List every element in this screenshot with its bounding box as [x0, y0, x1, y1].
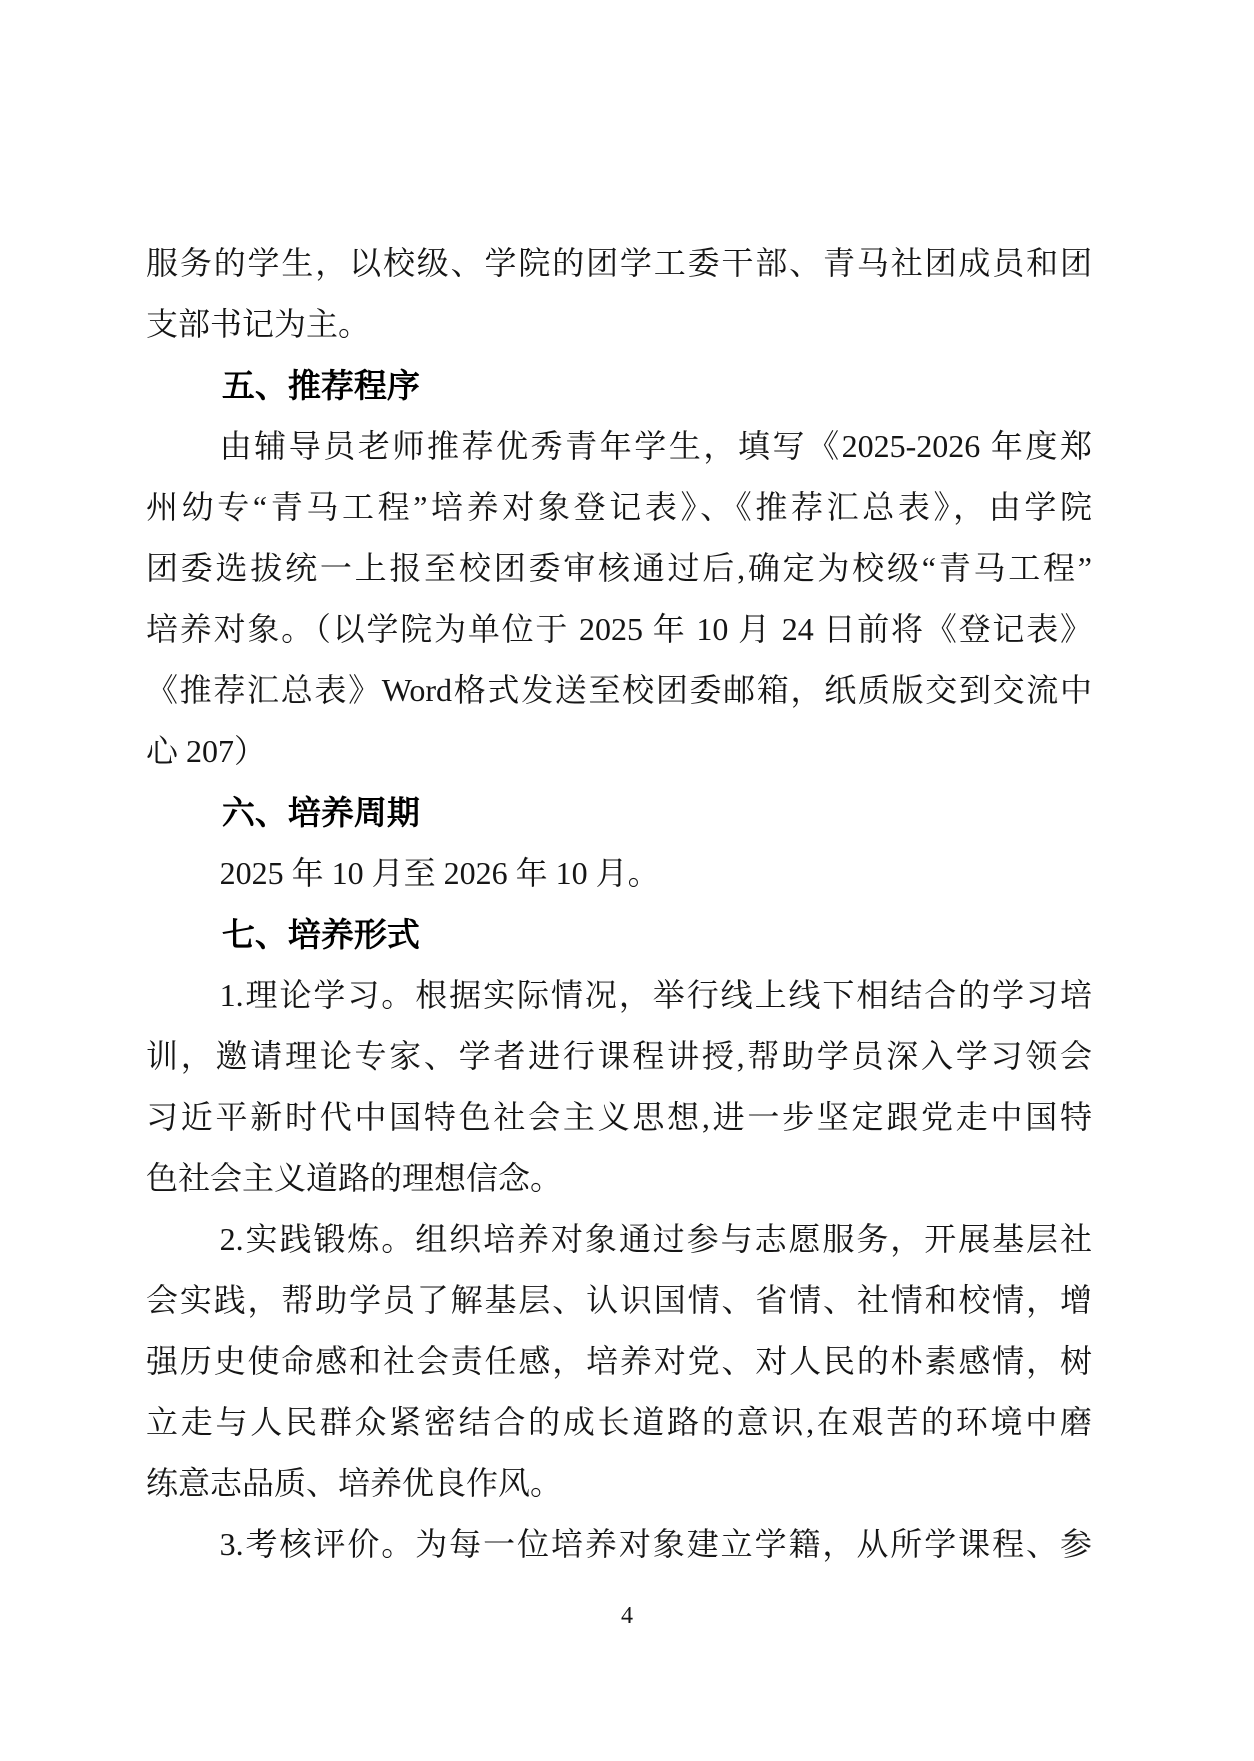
text-line: 会实践，帮助学员了解基层、认识国情、省情、社情和校情，增: [146, 1270, 1092, 1331]
section-heading: 七、培养形式: [146, 904, 1092, 965]
text-line: 2.实践锻炼。组织培养对象通过参与志愿服务，开展基层社: [146, 1209, 1092, 1270]
text-line: 立走与人民群众紧密结合的成长道路的意识,在艰苦的环境中磨: [146, 1392, 1092, 1453]
text-line: 培养对象。（以学院为单位于 2025 年 10 月 24 日前将《登记表》: [146, 599, 1092, 660]
text-line: 3.考核评价。为每一位培养对象建立学籍，从所学课程、参: [146, 1514, 1092, 1575]
text-line: 由辅导员老师推荐优秀青年学生，填写《2025-2026 年度郑: [146, 416, 1092, 477]
text-line: 习近平新时代中国特色社会主义思想,进一步坚定跟党走中国特: [146, 1087, 1092, 1148]
text-line: 强历史使命感和社会责任感，培养对党、对人民的朴素感情，树: [146, 1331, 1092, 1392]
text-line: 团委选拔统一上报至校团委审核通过后,确定为校级“青马工程”: [146, 538, 1092, 599]
text-line: 2025 年 10 月至 2026 年 10 月。: [146, 843, 1092, 904]
text-line: 心 207）: [146, 721, 1092, 782]
text-line: 《推荐汇总表》Word格式发送至校团委邮箱，纸质版交到交流中: [146, 660, 1092, 721]
section-heading: 五、推荐程序: [146, 355, 1092, 416]
document-page: 服务的学生，以校级、学院的团学工委干部、青马社团成员和团支部书记为主。五、推荐程…: [0, 0, 1254, 1761]
text-line: 色社会主义道路的理想信念。: [146, 1148, 1092, 1209]
page-number: 4: [0, 1602, 1254, 1630]
text-line: 1.理论学习。根据实际情况，举行线上线下相结合的学习培: [146, 965, 1092, 1026]
document-body: 服务的学生，以校级、学院的团学工委干部、青马社团成员和团支部书记为主。五、推荐程…: [146, 233, 1092, 1575]
section-heading: 六、培养周期: [146, 782, 1092, 843]
text-line: 服务的学生，以校级、学院的团学工委干部、青马社团成员和团: [146, 233, 1092, 294]
text-line: 训，邀请理论专家、学者进行课程讲授,帮助学员深入学习领会: [146, 1026, 1092, 1087]
text-line: 州幼专“青马工程”培养对象登记表》、《推荐汇总表》，由学院: [146, 477, 1092, 538]
text-line: 支部书记为主。: [146, 294, 1092, 355]
text-line: 练意志品质、培养优良作风。: [146, 1453, 1092, 1514]
